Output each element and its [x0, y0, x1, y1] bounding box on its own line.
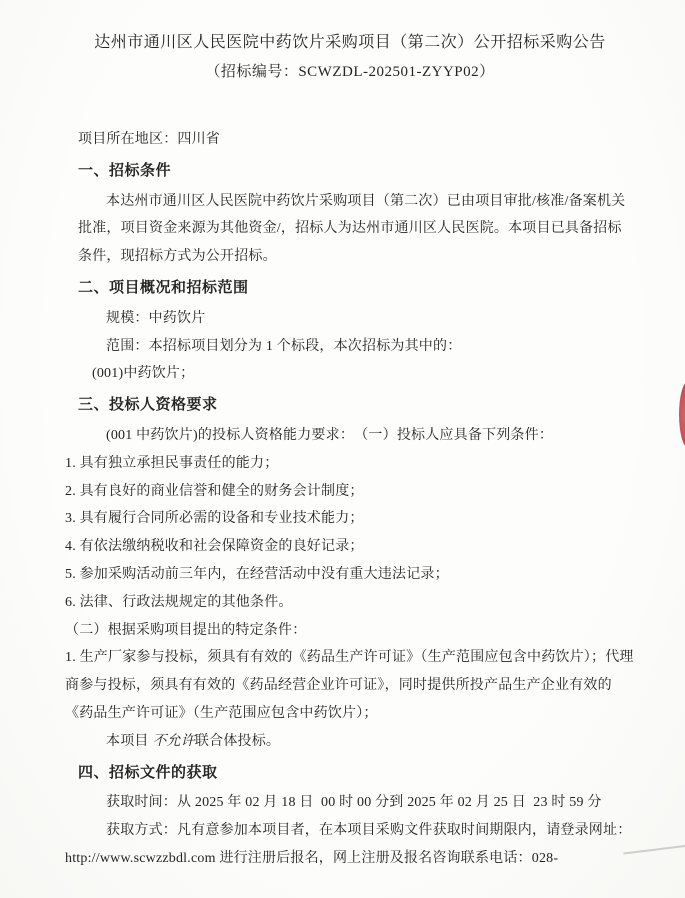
condition-item-6: 6. 法律、行政法规规定的其他条件。: [65, 589, 635, 617]
condition-item-1: 1. 具有独立承担民事责任的能力；: [65, 450, 635, 478]
red-seal-edge: [679, 381, 685, 448]
section2-heading: 二、项目概况和招标范围: [78, 275, 635, 303]
special-conditions-intro: （二）根据采购项目提出的特定条件：: [65, 617, 635, 645]
project-scope-line: 范围：本招标项目划分为 1 个标段，本次招标为其中的：: [78, 333, 635, 361]
qualification-intro-line: (001 中药饮片)的投标人资格能力要求： （一）投标人应具备下列条件：: [78, 422, 635, 450]
condition-item-2: 2. 具有良好的商业信誉和健全的财务会计制度；: [65, 478, 635, 506]
project-scale-line: 规模：中药饮片: [78, 305, 635, 333]
special-condition-item: 1. 生产厂家参与投标，须具有有效的《药品生产许可证》（生产范围应包含中药饮片）…: [65, 644, 635, 727]
joint-bid-suffix: 联合体投标。: [195, 734, 280, 749]
joint-bid-statement: 本项目 不允许联合体投标。: [78, 728, 635, 756]
joint-bid-prefix: 本项目: [106, 734, 149, 749]
scanned-document-page: 达州市通川区人民医院中药饮片采购项目（第二次）公开招标采购公告 （招标编号：SC…: [0, 0, 685, 898]
obtain-method-line: 获取方式：凡有意参加本项目者，在本项目采购文件获取时间期限内，请登录网址：: [78, 817, 635, 845]
document-title: 达州市通川区人民医院中药饮片采购项目（第二次）公开招标采购公告: [65, 28, 635, 58]
section3-heading: 三、投标人资格要求: [78, 392, 635, 420]
lot-line: (001)中药饮片；: [92, 360, 635, 388]
condition-item-3: 3. 具有履行合同所必需的设备和专业技术能力；: [65, 505, 635, 533]
section1-body: 本达州市通川区人民医院中药饮片采购项目（第二次）已由项目审批/核准/备案机关批准…: [78, 188, 635, 271]
joint-bid-emphasis: 不允许: [152, 734, 195, 749]
condition-item-4: 4. 有依法缴纳税收和社会保障资金的良好记录；: [65, 533, 635, 561]
section1-heading: 一、招标条件: [78, 158, 635, 186]
obtain-time-line: 获取时间：从 2025 年 02 月 18 日 00 时 00 分到 2025 …: [78, 789, 635, 817]
section4-heading: 四、招标文件的获取: [78, 760, 635, 788]
project-location: 项目所在地区：四川省: [78, 126, 635, 154]
registration-url-line: http://www.scwzzbdl.com 进行注册后报名，网上注册及报名咨…: [65, 845, 635, 873]
condition-item-5: 5. 参加采购活动前三年内，在经营活动中没有重大违法记录；: [65, 561, 635, 589]
tender-number: （招标编号：SCWZDL-202501-ZYYP02）: [65, 58, 635, 86]
